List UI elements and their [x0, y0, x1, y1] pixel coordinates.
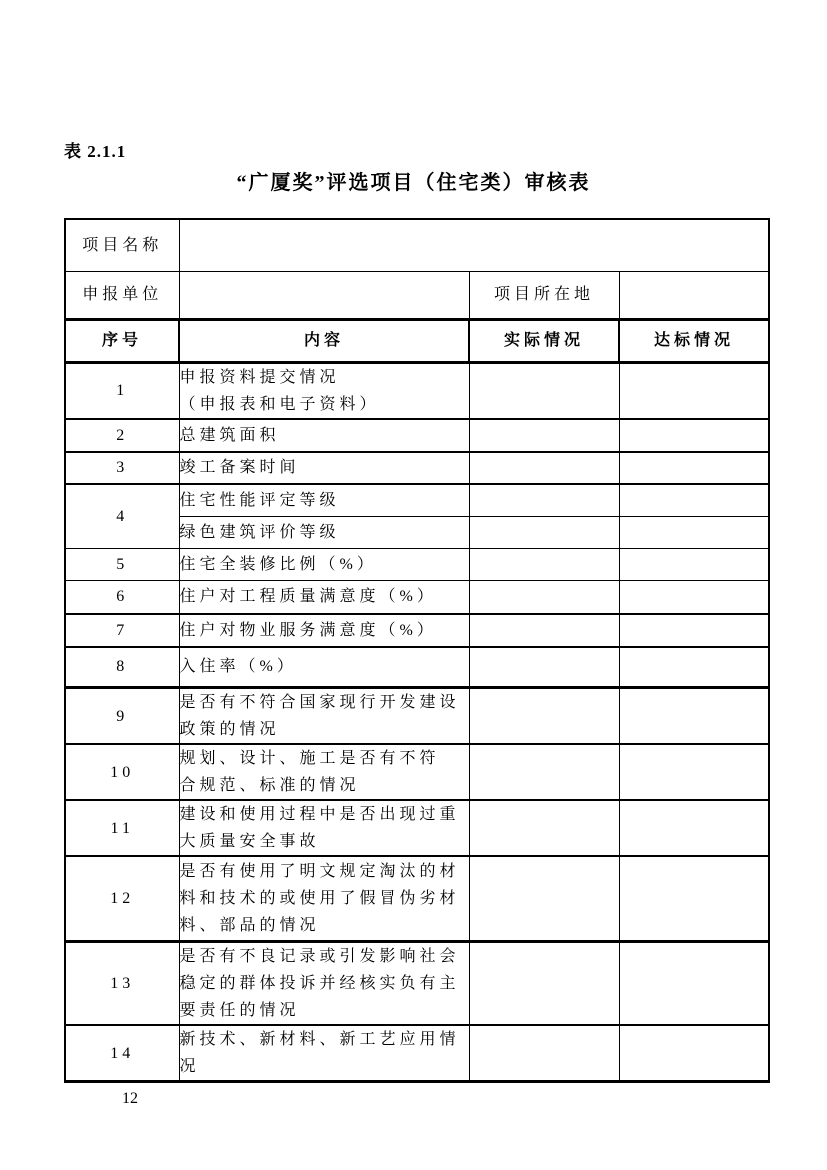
- table-row: 1 申报资料提交情况 （申报表和电子资料）: [65, 362, 769, 419]
- row-no: 5: [65, 549, 179, 581]
- row-no: 14: [65, 1025, 179, 1082]
- row-content: 住户对工程质量满意度（%）: [179, 581, 469, 614]
- actual-cell: [469, 744, 619, 800]
- compliance-cell: [619, 484, 769, 517]
- row-content: 绿色建筑评价等级: [179, 517, 469, 549]
- compliance-cell: [619, 647, 769, 688]
- row-content: 是否有不良记录或引发影响社会 稳定的群体投诉并经核实负有主 要责任的情况: [179, 941, 469, 1025]
- header-content: 内容: [179, 319, 469, 362]
- row-content: 新技术、新材料、新工艺应用情 况: [179, 1025, 469, 1082]
- actual-cell: [469, 484, 619, 517]
- actual-cell: [469, 800, 619, 856]
- applicant-value-cell: [179, 271, 469, 319]
- row-no: 13: [65, 941, 179, 1025]
- page-number: 12: [122, 1090, 138, 1108]
- row-no: 10: [65, 744, 179, 800]
- actual-cell: [469, 856, 619, 941]
- row-content: 总建筑面积: [179, 419, 469, 452]
- audit-table: 项目名称 申报单位 项目所在地 序号 内容 实际情况 达标情况 1 申报资料提交…: [64, 218, 770, 1083]
- table-row: 3 竣工备案时间: [65, 452, 769, 484]
- document-title: “广厦奖”评选项目（住宅类）审核表: [0, 166, 827, 195]
- table-row: 11 建设和使用过程中是否出现过重 大质量安全事故: [65, 800, 769, 856]
- row-content: 住宅性能评定等级: [179, 484, 469, 517]
- row-no: 3: [65, 452, 179, 484]
- location-label: 项目所在地: [469, 271, 619, 319]
- compliance-cell: [619, 452, 769, 484]
- actual-cell: [469, 517, 619, 549]
- compliance-cell: [619, 941, 769, 1025]
- row-no: 12: [65, 856, 179, 941]
- table-header-row: 序号 内容 实际情况 达标情况: [65, 319, 769, 362]
- compliance-cell: [619, 549, 769, 581]
- row-no: 11: [65, 800, 179, 856]
- actual-cell: [469, 362, 619, 419]
- compliance-cell: [619, 419, 769, 452]
- row-no: 4: [65, 484, 179, 549]
- row-content: 住户对物业服务满意度（%）: [179, 614, 469, 647]
- applicant-label: 申报单位: [65, 271, 179, 319]
- actual-cell: [469, 688, 619, 745]
- actual-cell: [469, 549, 619, 581]
- row-no: 9: [65, 688, 179, 745]
- compliance-cell: [619, 800, 769, 856]
- actual-cell: [469, 614, 619, 647]
- row-content: 入住率（%）: [179, 647, 469, 688]
- compliance-cell: [619, 744, 769, 800]
- row-no: 2: [65, 419, 179, 452]
- row-content: 住宅全装修比例（%）: [179, 549, 469, 581]
- compliance-cell: [619, 1025, 769, 1082]
- actual-cell: [469, 581, 619, 614]
- table-row: 5 住宅全装修比例（%）: [65, 549, 769, 581]
- row-content: 是否有使用了明文规定淘汰的材 料和技术的或使用了假冒伪劣材 料、部品的情况: [179, 856, 469, 941]
- table-row: 2 总建筑面积: [65, 419, 769, 452]
- compliance-cell: [619, 517, 769, 549]
- row-content: 是否有不符合国家现行开发建设 政策的情况: [179, 688, 469, 745]
- location-value-cell: [619, 271, 769, 319]
- compliance-cell: [619, 362, 769, 419]
- header-actual: 实际情况: [469, 319, 619, 362]
- table-row: 10 规划、设计、施工是否有不符 合规范、标准的情况: [65, 744, 769, 800]
- document-page: 表 2.1.1 “广厦奖”评选项目（住宅类）审核表 项目名称 申报单位 项目所在…: [0, 0, 827, 1170]
- row-no: 1: [65, 362, 179, 419]
- compliance-cell: [619, 581, 769, 614]
- table-row: 9 是否有不符合国家现行开发建设 政策的情况: [65, 688, 769, 745]
- row-content: 竣工备案时间: [179, 452, 469, 484]
- table-row: 13 是否有不良记录或引发影响社会 稳定的群体投诉并经核实负有主 要责任的情况: [65, 941, 769, 1025]
- compliance-cell: [619, 856, 769, 941]
- actual-cell: [469, 1025, 619, 1082]
- actual-cell: [469, 941, 619, 1025]
- compliance-cell: [619, 614, 769, 647]
- table-row: 7 住户对物业服务满意度（%）: [65, 614, 769, 647]
- row-content: 申报资料提交情况 （申报表和电子资料）: [179, 362, 469, 419]
- table-row: 12 是否有使用了明文规定淘汰的材 料和技术的或使用了假冒伪劣材 料、部品的情况: [65, 856, 769, 941]
- table-row: 6 住户对工程质量满意度（%）: [65, 581, 769, 614]
- header-no: 序号: [65, 319, 179, 362]
- actual-cell: [469, 647, 619, 688]
- actual-cell: [469, 452, 619, 484]
- actual-cell: [469, 419, 619, 452]
- applicant-row: 申报单位 项目所在地: [65, 271, 769, 319]
- row-no: 7: [65, 614, 179, 647]
- table-row: 14 新技术、新材料、新工艺应用情 况: [65, 1025, 769, 1082]
- compliance-cell: [619, 688, 769, 745]
- row-no: 6: [65, 581, 179, 614]
- header-compliance: 达标情况: [619, 319, 769, 362]
- table-row: 4 住宅性能评定等级: [65, 484, 769, 517]
- table-row: 8 入住率（%）: [65, 647, 769, 688]
- project-name-row: 项目名称: [65, 219, 769, 271]
- row-content: 规划、设计、施工是否有不符 合规范、标准的情况: [179, 744, 469, 800]
- table-label: 表 2.1.1: [64, 137, 126, 162]
- row-no: 8: [65, 647, 179, 688]
- row-content: 建设和使用过程中是否出现过重 大质量安全事故: [179, 800, 469, 856]
- project-name-label: 项目名称: [65, 219, 179, 271]
- project-name-value-cell: [179, 219, 769, 271]
